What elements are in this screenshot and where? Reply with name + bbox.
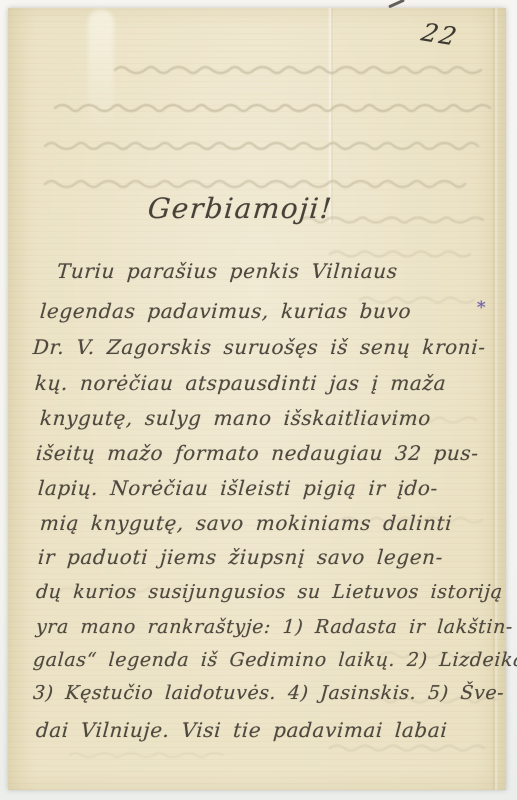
letter-greeting: Gerbiamoji! — [147, 192, 335, 225]
handwritten-line: lapių. Norėčiau išleisti pigią ir įdo- — [37, 476, 439, 500]
handwritten-line: dai Vilniuje. Visi tie padavimai labai — [35, 718, 448, 742]
handwritten-line: legendas padavimus, kurias buvo — [39, 299, 412, 323]
handwritten-line: Turiu parašius penkis Vilniaus — [56, 259, 398, 283]
bleed-through-ghost-writing — [0, 0, 517, 800]
purple-margin-mark: * — [477, 298, 486, 318]
handwritten-line: knygutę, sulyg mano išskaitliavimo — [39, 406, 432, 430]
handwritten-line: išeitų mažo formato nedaugiau 32 pus- — [35, 441, 479, 465]
handwritten-line: yra mano rankraštyje: 1) Radasta ir lakš… — [35, 616, 514, 638]
handwritten-line: kų. norėčiau atspausdinti jas į maža — [34, 371, 447, 395]
handwritten-line: 3) Kęstučio laidotuvės. 4) Jasinskis. 5)… — [32, 682, 505, 704]
handwritten-line: galas“ legenda iš Gedimino laikų. 2) Liz… — [32, 649, 517, 671]
handwritten-line: dų kurios susijungusios su Lietuvos isto… — [35, 581, 503, 603]
scanned-letter-page: 22 Gerbiamoji! Turiu parašius penkis Vil… — [0, 0, 517, 800]
handwritten-line: ir paduoti jiems žiupsnį savo legen- — [37, 545, 444, 569]
page-number: 22 — [418, 18, 461, 52]
handwritten-line: mią knygutę, savo mokiniams dalinti — [39, 511, 453, 535]
handwritten-line: Dr. V. Zagorskis suruošęs iš senų kroni- — [32, 335, 486, 359]
